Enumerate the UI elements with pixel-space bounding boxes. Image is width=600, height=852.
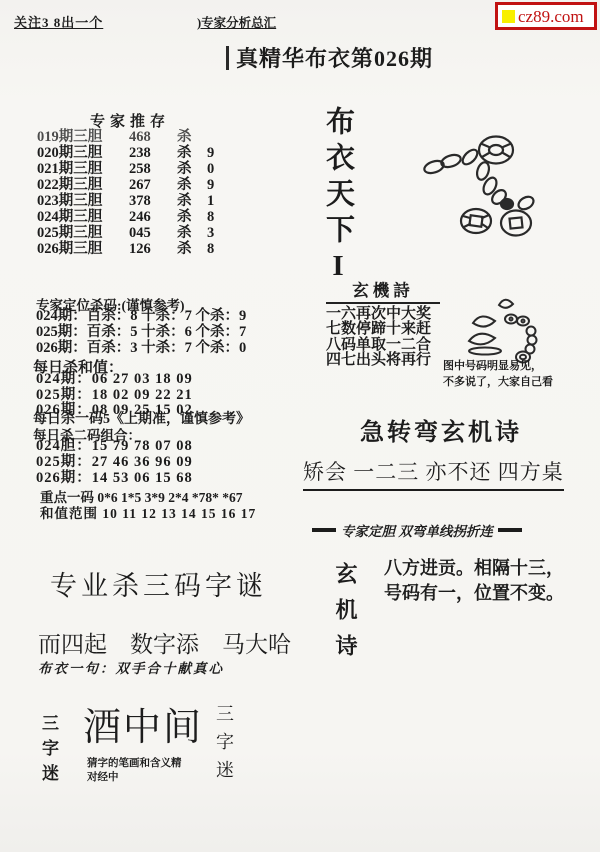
poem-line: 四七出头将再行 (326, 353, 440, 368)
row-kill-label: 杀 (177, 129, 207, 145)
page-title: 真精华布衣第026期 (236, 42, 433, 73)
three-char-riddle-label-left: 三字迷 (36, 714, 61, 789)
row-kill-num: 8 (207, 209, 221, 225)
header-note-left: 关注3 8出一个 (14, 12, 103, 31)
kill-pos-row: 025期：百杀：5 十杀：6 个杀：7 (36, 325, 246, 341)
row-period: 026期三胆 (37, 241, 129, 257)
turn-poem-line: 矫会 一二三 亦不还 四方桌 (303, 456, 564, 491)
three-char-riddle-label-right: 三字迷 (211, 704, 237, 788)
row-kill-label: 杀 (177, 241, 207, 257)
mystery-poem-title: 玄機詩 (326, 277, 440, 304)
row-kill-label: 杀 (177, 161, 207, 177)
row-kill-num: 0 (207, 161, 221, 177)
riddle-caption: 猜字的笔画和含义精 对经中 (87, 757, 207, 785)
logo-square-icon (502, 10, 515, 23)
table-row: 023期三胆 378 杀 1 (37, 193, 221, 209)
expert-dan-banner: 专家定胆 双弯单线拐折连 (312, 520, 522, 540)
table-row: 022期三胆 267 杀 9 (37, 177, 221, 193)
buyi-sentence: 布衣一句：双手合十献真心 (38, 657, 224, 677)
row-period: 023期三胆 (37, 193, 129, 209)
row-kill-label: 杀 (177, 193, 207, 209)
row-period: 019期三胆 (37, 129, 129, 145)
table-row: 021期三胆 258 杀 0 (37, 161, 221, 177)
row-period: 025期三胆 (37, 225, 129, 241)
table-row: 026期三胆 126 杀 8 (37, 241, 221, 257)
table-row: 019期三胆 468 杀 (37, 129, 221, 145)
kill-pos-row: 024期：百杀：8 十杀：7 个杀：9 (36, 309, 246, 325)
xuanji-poem: 八方进贡。相隔十三， 号码有一，位置不变。 (384, 556, 564, 606)
expert-dan-text: 专家定胆 双弯单线拐折连 (341, 520, 493, 540)
dash-line-right (498, 528, 522, 532)
table-row: 020期三胆 238 杀 9 (37, 145, 221, 161)
riddle-answer-big: 酒中间 (83, 696, 203, 751)
kill-two-row: 024胆：15 79 78 07 08 (36, 439, 193, 455)
kill-two-row: 026期：14 53 06 15 68 (36, 471, 193, 487)
row-kill-label: 杀 (177, 145, 207, 161)
turn-poem-title: 急转弯玄机诗 (360, 412, 522, 447)
row-kill-label: 杀 (177, 177, 207, 193)
site-logo[interactable]: cz89.com (495, 2, 597, 30)
sum-range-line: 和值范围 10 11 12 13 14 15 16 17 (40, 502, 256, 522)
lottery-analysis-scan: 关注3 8出一个 )专家分析总汇 cz89.com 真精华布衣第026期 专家推… (0, 0, 600, 852)
row-dan: 378 (129, 193, 177, 209)
poem-line: 七数停蹄十来赶 (326, 322, 440, 337)
row-dan: 468 (129, 129, 177, 145)
riddle-line: 而四起 数字添 马大哈 (38, 626, 291, 659)
xuanji-line2: 号码有一，位置不变。 (384, 581, 564, 606)
kill-sum-row: 025期：18 02 09 22 21 (36, 388, 193, 404)
picture-caption-line2: 不多说了，大家自己看 (443, 375, 553, 391)
kill-pos-rows: 024期：百杀：8 十杀：7 个杀：9 025期：百杀：5 十杀：6 个杀：7 … (36, 309, 246, 356)
row-dan: 246 (129, 209, 177, 225)
recommend-title: 专家推存 (90, 110, 170, 131)
page-title-wrap: 真精华布衣第026期 (226, 42, 433, 73)
row-kill-num: 9 (207, 177, 221, 193)
row-dan: 045 (129, 225, 177, 241)
picture-caption-line1: 图中号码明显易见， (443, 359, 553, 375)
poem-line: 八码单取一二合 (326, 338, 440, 353)
dash-line-left (312, 528, 336, 532)
table-row: 025期三胆 045 杀 3 (37, 225, 221, 241)
riddle-caption-line1: 猜字的笔画和含义精 (87, 757, 207, 771)
kill-two-rows: 024胆：15 79 78 07 08 025期：27 46 36 96 09 … (36, 439, 193, 486)
table-row: 024期三胆 246 杀 8 (37, 209, 221, 225)
row-dan: 258 (129, 161, 177, 177)
header-note-right: )专家分析总汇 (197, 13, 276, 31)
title-tick-mark (226, 46, 229, 70)
coin-chain-sketch (420, 133, 560, 243)
kill-two-row: 025期：27 46 36 96 09 (36, 455, 193, 471)
row-kill-num: 1 (207, 193, 221, 209)
row-kill-label: 杀 (177, 225, 207, 241)
row-period: 022期三胆 (37, 177, 129, 193)
row-kill-num: 3 (207, 225, 221, 241)
buyi-tianxia-banner: 布衣天下I (318, 106, 359, 289)
row-kill-num: 9 (207, 145, 221, 161)
mystery-poem-box: 玄機詩 一六再次中大奖 七数停蹄十来赶 八码单取一二合 四七出头将再行 (326, 277, 440, 369)
row-kill-num: 8 (207, 241, 221, 257)
row-dan: 126 (129, 241, 177, 257)
kill-pos-row: 026期：百杀：3 十杀：7 个杀：0 (36, 341, 246, 357)
row-kill-num (207, 129, 221, 145)
row-dan: 267 (129, 177, 177, 193)
recommend-table: 019期三胆 468 杀 020期三胆 238 杀 9 021期三胆 258 杀… (37, 129, 221, 257)
kill-sum-row: 024期：06 27 03 18 09 (36, 372, 193, 388)
picture-caption: 图中号码明显易见， 不多说了，大家自己看 (443, 359, 553, 390)
row-period: 024期三胆 (37, 209, 129, 225)
xuanji-vertical-label: 玄机诗 (330, 562, 361, 670)
logo-text: cz89.com (518, 8, 584, 25)
riddle-caption-line2: 对经中 (87, 771, 207, 785)
riddle-title: 专业杀三码字谜 (50, 564, 267, 603)
row-dan: 238 (129, 145, 177, 161)
row-period: 021期三胆 (37, 161, 129, 177)
xuanji-line1: 八方进贡。相隔十三， (384, 556, 564, 581)
row-kill-label: 杀 (177, 209, 207, 225)
row-period: 020期三胆 (37, 145, 129, 161)
